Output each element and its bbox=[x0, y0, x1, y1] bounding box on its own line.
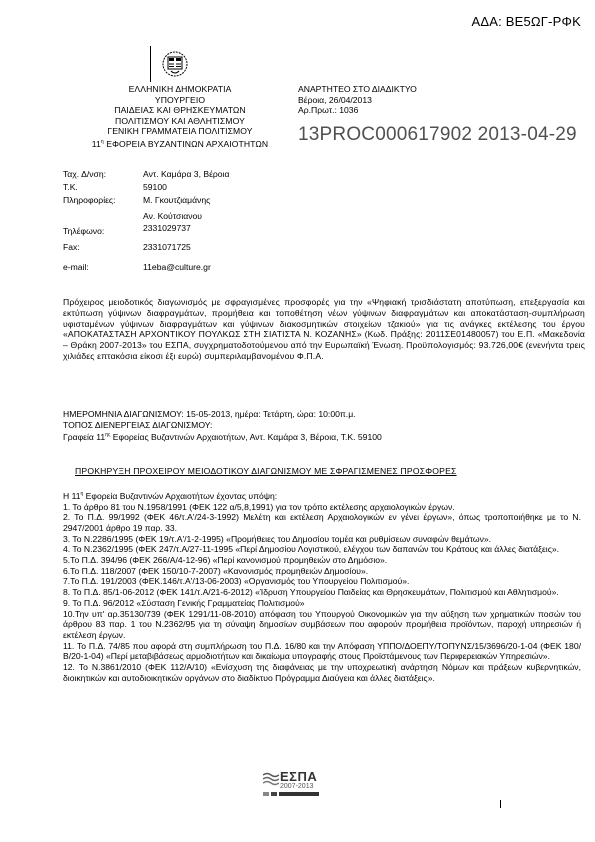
espa-years: 2007-2013 bbox=[280, 783, 313, 790]
page-marker bbox=[500, 800, 501, 808]
legal-item: 2. Το Π.Δ. 99/1992 (ΦΕΚ 46/τ.Α'/24-3-199… bbox=[63, 512, 581, 533]
greek-flag-icon bbox=[263, 792, 269, 796]
tender-date: ΗΜΕΡΟΜΗΝΙΑ ΔΙΑΓΩΝΙΣΜΟΥ: 15-05-2013, ημέρ… bbox=[63, 409, 382, 420]
header-ephorate: 11η ΕΦΟΡΕΙΑ ΒΥΖΑΝΤΙΝΩΝ ΑΡΧΑΙΟΤΗΤΩΝ bbox=[55, 137, 305, 149]
legal-item: 4. Το Ν.2362/1995 (ΦΕΚ 247/τ.Α/27-11-199… bbox=[63, 544, 581, 555]
eu-flag-icon bbox=[271, 792, 277, 796]
legal-item: 10.Την υπ' αρ.35130/739 (ΦΕΚ 1291/11-08-… bbox=[63, 609, 581, 641]
espa-wordmark: ΕΣΠΑ bbox=[280, 769, 317, 784]
legal-item: 5.Το Π.Δ. 394/96 (ΦΕΚ 266/Α/4-12-96) «Πε… bbox=[63, 555, 581, 566]
header-ministry-line3: ΠΟΛΙΤΙΣΜΟΥ ΚΑΙ ΑΘΛΗΤΙΣΜΟΥ bbox=[55, 116, 305, 127]
tender-place-heading: ΤΟΠΟΣ ΔΙΕΝΕΡΓΕΙΑΣ ΔΙΑΓΩΝΙΣΜΟΥ: bbox=[63, 420, 382, 431]
legal-basis: Η 11η Εφορεία Βυζαντινών Αρχαιοτήτων έχο… bbox=[63, 489, 581, 684]
legal-item: 1. Το άρθρο 81 του Ν.1958/1991 (ΦΕΚ 122 … bbox=[63, 502, 581, 513]
header-country: ΕΛΛΗΝΙΚΗ ΔΗΜΟΚΡΑΤΙΑ bbox=[55, 84, 305, 95]
espa-flags bbox=[263, 792, 323, 796]
legal-basis-intro: Η 11η Εφορεία Βυζαντινών Αρχαιοτήτων έχο… bbox=[63, 489, 581, 502]
espa-tagline-bar bbox=[279, 792, 319, 796]
email-link[interactable]: 11eba@culture.gr bbox=[143, 262, 211, 272]
header-secretariat: ΓΕΝΙΚΗ ΓΡΑΜΜΑΤΕΙΑ ΠΟΛΙΤΙΣΜΟΥ bbox=[55, 126, 305, 137]
legal-item: 6.Το Π.Δ. 118/2007 (ΦΕΚ 150/10-7-2007) «… bbox=[63, 566, 581, 577]
ada-code: ΑΔΑ: ΒΕ5ΩΓ-ΡΦΚ bbox=[471, 14, 581, 29]
legal-item: 8. Το Π.Δ. 85/1-06-2012 (ΦΕΚ 141/τ.Α/21-… bbox=[63, 587, 581, 598]
tender-place: Γραφεία 11ης Εφορείας Βυζαντινών Αρχαιοτ… bbox=[63, 430, 382, 442]
legal-item: 9. Το Π.Δ. 96/2012 «Σύσταση Γενικής Γραμ… bbox=[63, 598, 581, 609]
announcement-title: ΠΡΟΚΗΡΥΞΗ ΠΡΟΧΕΙΡΟΥ ΜΕΙΟΔΟΤΙΚΟΥ ΔΙΑΓΩΝΙΣ… bbox=[75, 466, 457, 476]
protocol-stamp: 13PROC000617902 2013-04-29 bbox=[298, 124, 577, 146]
document-meta: ΑΝΑΡΤΗΤΕΟ ΣΤΟ ΔΙΑΔΙΚΤΥΟ Βέροια, 26/04/20… bbox=[298, 84, 417, 116]
header-ministry: ΥΠΟΥΡΓΕΙΟ bbox=[55, 95, 305, 106]
issuer-header: ΕΛΛΗΝΙΚΗ ΔΗΜΟΚΡΑΤΙΑ ΥΠΟΥΡΓΕΙΟ ΠΑΙΔΕΙΑΣ Κ… bbox=[55, 84, 305, 149]
hellenic-republic-emblem-icon bbox=[162, 50, 188, 78]
header-ministry-line2: ΠΑΙΔΕΙΑΣ ΚΑΙ ΘΡΗΣΚΕΥΜΑΤΩΝ bbox=[55, 105, 305, 116]
intro-paragraph: Πρόχειρος μειοδοτικός διαγωνισμός με σφρ… bbox=[63, 297, 585, 362]
legal-item: 12. Το Ν.3861/2010 (ΦΕΚ 112/Α/10) «Ενίσχ… bbox=[63, 662, 581, 683]
legal-item: 3. Το Ν.2286/1995 (ΦΕΚ 19/τ.Α'/1-2-1995)… bbox=[63, 534, 581, 545]
protocol-number: Αρ.Πρωτ.: 1036 bbox=[298, 105, 417, 116]
place-date: Βέροια, 26/04/2013 bbox=[298, 95, 417, 106]
tender-info: ΗΜΕΡΟΜΗΝΙΑ ΔΙΑΓΩΝΙΣΜΟΥ: 15-05-2013, ημέρ… bbox=[63, 409, 382, 443]
espa-waves-icon bbox=[263, 772, 279, 786]
espa-logo: ΕΣΠΑ 2007-2013 bbox=[263, 770, 323, 800]
emblem-divider bbox=[150, 46, 151, 82]
post-notice: ΑΝΑΡΤΗΤΕΟ ΣΤΟ ΔΙΑΔΙΚΤΥΟ bbox=[298, 84, 417, 95]
legal-item: 11. Το Π.Δ. 74/85 που αφορά στη συμπλήρω… bbox=[63, 641, 581, 662]
legal-item: 7.Το Π.Δ. 191/2003 (ΦΕΚ.146/τ.Α'/13-06-2… bbox=[63, 576, 581, 587]
emblem bbox=[150, 46, 195, 82]
